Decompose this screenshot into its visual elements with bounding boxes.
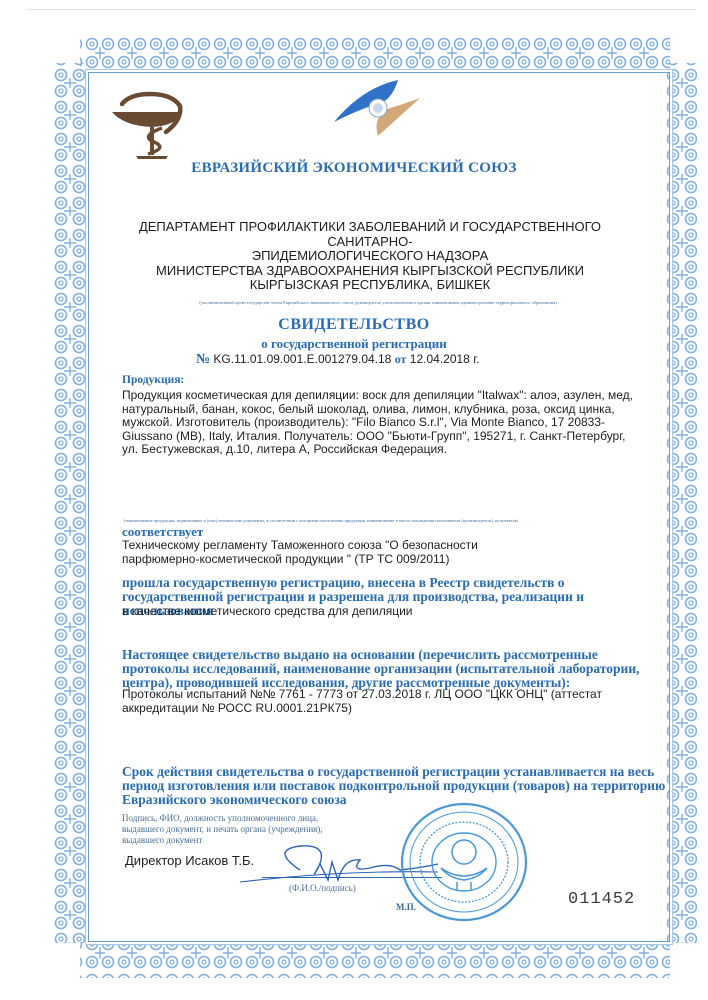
certificate-title: СВИДЕТЕЛЬСТВО: [0, 316, 708, 334]
issuer-line: ДЕПАРТАМЕНТ ПРОФИЛАКТИКИ ЗАБОЛЕВАНИЙ И Г…: [110, 220, 630, 249]
issuer-line: ЭПИДЕМИОЛОГИЧЕСКОГО НАДЗОРА: [110, 249, 630, 264]
signatory-name: Директор Исаков Т.Б.: [125, 853, 254, 868]
product-label: Продукция:: [122, 374, 184, 386]
bowl-of-hygieia-icon: [110, 80, 195, 160]
complies-regulation: Техническому регламенту Таможенного союз…: [122, 539, 542, 566]
certificate-subtitle: о государственной регистрации: [0, 336, 708, 352]
certificate-number: KG.11.01.09.001.Е.001279.04.18: [213, 352, 391, 366]
eaeu-logo-icon: [332, 78, 422, 140]
serial-number: 011452: [568, 890, 635, 909]
official-seal-icon: [397, 800, 532, 925]
validity-statement: Срок действия свидетельства о государств…: [122, 765, 667, 807]
issuer-line: МИНИСТЕРСТВА ЗДРАВООХРАНЕНИЯ КЫРГЫЗСКОЙ …: [110, 264, 630, 279]
usage-purpose: в качестве косметического средства для д…: [122, 605, 642, 619]
certificate-date: 12.04.2018 г.: [410, 352, 480, 366]
product-caption: (наименование продукции, нормативные и (…: [124, 518, 664, 524]
date-label: от: [395, 352, 407, 366]
seal-label: М.П.: [396, 902, 416, 912]
test-protocols: Протоколы испытаний №№ 7761 - 7773 от 27…: [122, 688, 602, 715]
signature-caption: (Ф.И.О./подпись): [289, 883, 356, 894]
scan-edge-line: [26, 9, 696, 10]
issuing-department: ДЕПАРТАМЕНТ ПРОФИЛАКТИКИ ЗАБОЛЕВАНИЙ И Г…: [110, 220, 630, 293]
number-label: №: [196, 352, 210, 367]
basis-statement: Настоящее свидетельство выдано на основа…: [122, 648, 644, 690]
inner-frame: [88, 72, 670, 942]
certificate-number-line: № KG.11.01.09.001.Е.001279.04.18 от 12.0…: [196, 352, 479, 368]
issuer-line: КЫРГЫЗСКАЯ РЕСПУБЛИКА, БИШКЕК: [110, 278, 630, 293]
issuer-caption: (уполномоченный орган государства-члена …: [133, 300, 623, 306]
product-description: Продукция косметическая для депиляции: в…: [122, 389, 642, 457]
union-name: ЕВРАЗИЙСКИЙ ЭКОНОМИЧЕСКИЙ СОЮЗ: [0, 160, 708, 177]
